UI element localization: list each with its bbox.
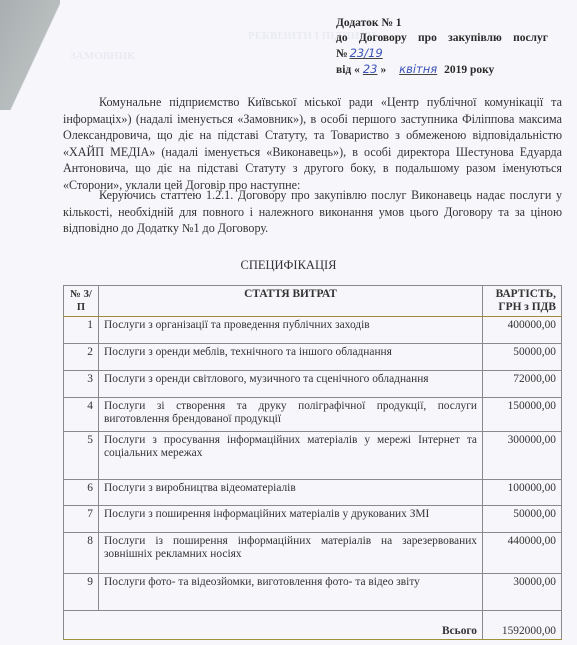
table-row: 6Послуги з виробництва відеоматеріалів10… [64, 480, 562, 506]
total-value: 1592000,00 [483, 611, 562, 640]
word: послуг [513, 31, 548, 46]
word: про [418, 31, 437, 46]
row-cost: 300000,00 [483, 432, 562, 480]
row-article: Послуги з організації та проведення публ… [99, 317, 483, 344]
number-prefix: № [336, 48, 348, 60]
table-header-row: № З/П СТАТТЯ ВИТРАТ ВАРТІСТЬ, ГРН з ПДВ [64, 286, 562, 317]
header-article: СТАТТЯ ВИТРАТ [99, 286, 483, 317]
row-article: Послуги з виробництва відеоматеріалів [99, 480, 483, 506]
row-article: Послуги з оренди світлового, музичного т… [99, 371, 483, 398]
specification-table: № З/П СТАТТЯ ВИТРАТ ВАРТІСТЬ, ГРН з ПДВ … [63, 285, 562, 640]
row-num: 7 [64, 506, 99, 533]
row-cost: 72000,00 [483, 371, 562, 398]
row-num: 8 [64, 533, 99, 574]
row-num: 4 [64, 398, 99, 432]
terms-paragraph: Керуючись статтею 1.2.1. Договору про за… [63, 187, 562, 237]
table-row: 4Послуги зі створення та друку поліграфі… [64, 398, 562, 432]
table-row: 9Послуги фото- та відеозйомки, виготовле… [64, 574, 562, 611]
row-cost: 30000,00 [483, 574, 562, 611]
total-label: Всього [64, 611, 483, 640]
row-num: 5 [64, 432, 99, 480]
row-num: 6 [64, 480, 99, 506]
terms-text: Керуючись статтею 1.2.1. Договору про за… [63, 188, 562, 235]
date-day-handwritten: 23 [360, 62, 381, 76]
date-suffix: 2019 року [441, 64, 494, 76]
header-num: № З/П [64, 286, 99, 317]
row-cost: 100000,00 [483, 480, 562, 506]
bleed-through-text: ЗАМОВНИК [70, 50, 135, 62]
row-cost: 150000,00 [483, 398, 562, 432]
total-row: Всього1592000,00 [64, 611, 562, 640]
contract-date-line: від «23» квітня 2019 року [336, 62, 548, 78]
contract-number-handwritten: 23/19 [348, 46, 395, 60]
appendix-contract-line: до Договору про закупівлю послуг [336, 31, 548, 46]
table-row: 2Послуги з оренди меблів, технічного та … [64, 344, 562, 371]
word: закупівлю [448, 31, 502, 46]
table-row: 8Послуги із поширення інформаційних мате… [64, 533, 562, 574]
parties-text: Комунальне підприємство Київської місько… [63, 95, 562, 192]
date-prefix: від « [336, 64, 360, 76]
table-row: 7Послуги з поширення інформаційних матер… [64, 506, 562, 533]
table-row: 1Послуги з організації та проведення пуб… [64, 317, 562, 344]
row-num: 3 [64, 371, 99, 398]
row-article: Послуги із поширення інформаційних матер… [99, 533, 483, 574]
table-row: 3Послуги з оренди світлового, музичного … [64, 371, 562, 398]
row-article: Послуги з просування інформаційних матер… [99, 432, 483, 480]
word: до [336, 31, 348, 46]
row-num: 1 [64, 317, 99, 344]
row-cost: 50000,00 [483, 344, 562, 371]
date-month-handwritten: квітня [389, 62, 441, 76]
row-article: Послуги фото- та відеозйомки, виготовлен… [99, 574, 483, 611]
word: Договору [359, 31, 407, 46]
row-article: Послуги з оренди меблів, технічного та і… [99, 344, 483, 371]
row-cost: 440000,00 [483, 533, 562, 574]
row-num: 9 [64, 574, 99, 611]
date-mid: » [381, 64, 387, 76]
table-row: 5Послуги з просування інформаційних мате… [64, 432, 562, 480]
row-article: Послуги зі створення та друку поліграфіч… [99, 398, 483, 432]
contract-number-line: №23/19 [336, 46, 548, 62]
parties-paragraph: Комунальне підприємство Київської місько… [63, 94, 562, 194]
row-cost: 400000,00 [483, 317, 562, 344]
specification-title: СПЕЦИФІКАЦІЯ [0, 258, 577, 273]
appendix-title: Додаток № 1 [336, 16, 548, 31]
scan-page-edge-shadow [0, 0, 60, 110]
appendix-header: Додаток № 1 до Договору про закупівлю по… [336, 16, 548, 78]
row-num: 2 [64, 344, 99, 371]
row-article: Послуги з поширення інформаційних матері… [99, 506, 483, 533]
row-cost: 50000,00 [483, 506, 562, 533]
header-cost: ВАРТІСТЬ, ГРН з ПДВ [483, 286, 562, 317]
